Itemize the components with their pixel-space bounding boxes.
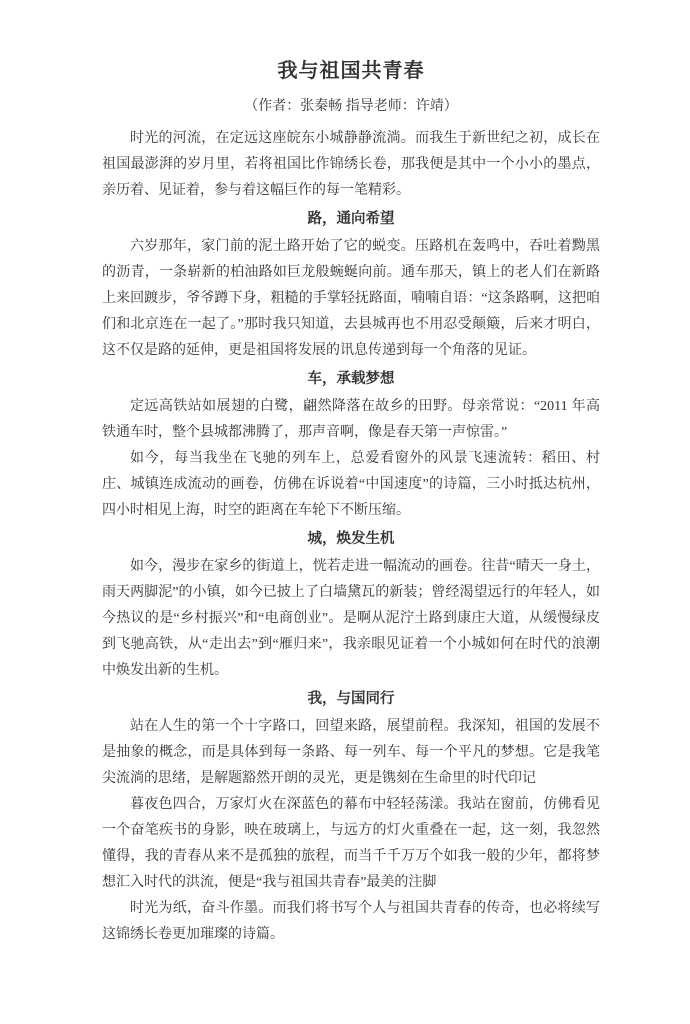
- byline: （作者：张秦畅 指导老师：许靖）: [102, 94, 600, 119]
- paragraph-road: 六岁那年，家门前的泥土路开始了它的蜕变。压路机在轰鸣中，吞吐着黝黑的沥青，一条崭…: [102, 234, 600, 364]
- essay-title: 我与祖国共青春: [102, 56, 600, 86]
- document-page: 我与祖国共青春 （作者：张秦畅 指导老师：许靖） 时光的河流，在定远这座皖东小城…: [0, 0, 690, 1024]
- paragraph-train-1: 定远高铁站如展翅的白鹭，翩然降落在故乡的田野。母亲常说：“2011 年高铁通车时…: [102, 394, 600, 446]
- section-heading-train: 车，承载梦想: [102, 366, 600, 392]
- paragraph-closing: 时光为纸，奋斗作墨。而我们将书写个人与祖国共青春的传奇，也必将续写这锦绣长卷更加…: [102, 896, 600, 948]
- paragraph-intro: 时光的河流，在定远这座皖东小城静静流淌。而我生于新世纪之初，成长在祖国最澎湃的岁…: [102, 126, 600, 204]
- paragraph-train-2: 如今，每当我坐在飞驰的列车上，总爱看窗外的风景飞速流转：稻田、村庄、城镇连成流动…: [102, 446, 600, 524]
- section-heading-road: 路，通向希望: [102, 206, 600, 232]
- paragraph-self-1: 站在人生的第一个十字路口，回望来路，展望前程。我深知，祖国的发展不是抽象的概念，…: [102, 714, 600, 792]
- paragraph-city: 如今，漫步在家乡的街道上，恍若走进一幅流动的画卷。往昔“晴天一身土，雨天两脚泥”…: [102, 554, 600, 684]
- section-heading-self: 我，与国同行: [102, 686, 600, 712]
- section-heading-city: 城，焕发生机: [102, 526, 600, 552]
- paragraph-self-2: 暮夜色四合，万家灯火在深蓝色的幕布中轻轻荡漾。我站在窗前，仿佛看见一个奋笔疾书的…: [102, 792, 600, 896]
